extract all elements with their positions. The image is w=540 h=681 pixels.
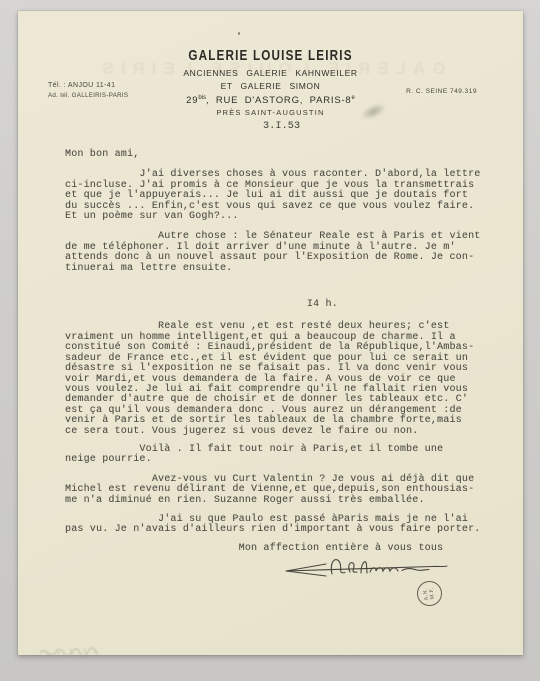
letter-paragraph-2: Autre chose : le Sénateur Reale est à Pa… [65, 232, 505, 274]
handwritten-signature [280, 554, 452, 584]
gallery-former-name-1: ANCIENNES GALERIE KAHNWEILER [18, 68, 523, 78]
letter-body: Mon bon ami, J'ai diverses choses à vous… [65, 150, 505, 554]
faint-pencil-inscription [37, 645, 103, 664]
archive-stamp: A.N.M.P. [417, 581, 442, 606]
trade-registry-number: R. C. SEINE 749.319 [406, 88, 477, 95]
letter-date: 3.I.53 [263, 122, 300, 132]
letter-page: GALERIE LOUISE LEIRIS GALERIE LOUISE LEI… [18, 11, 523, 655]
gallery-name: GALERIE LOUISE LEIRIS [74, 47, 468, 64]
contact-block: Tél. : ANJOU 11-41 Ad. tél. GALLEIRIS-PA… [48, 82, 128, 99]
phone-number: Tél. : ANJOU 11-41 [48, 82, 128, 89]
address-arrondissement-superscript: e [352, 95, 355, 101]
letter-paragraph-4: Voilà . Il fait tout noir à Paris,et il … [65, 445, 505, 466]
closing-line: Mon affection entière à vous tous [65, 544, 505, 554]
address-bis-superscript: bis [198, 95, 206, 101]
time-note: I4 h. [65, 300, 505, 310]
address-district: PRÈS SAINT-AUGUSTIN [18, 108, 523, 117]
address-number: 29 [186, 95, 198, 106]
telegram-address: Ad. tél. GALLEIRIS-PARIS [48, 92, 128, 99]
ink-speck [238, 32, 240, 35]
letter-paragraph-3: Reale est venu ,et est resté deux heures… [65, 322, 505, 436]
letter-paragraph-1: J'ai diverses choses à vous raconter. D'… [65, 170, 505, 222]
address-street: , RUE D'ASTORG, PARIS-8 [206, 95, 352, 106]
letter-paragraph-6: J'ai su que Paulo est passé àParis mais … [65, 515, 505, 536]
stamp-line-2: M.P. [429, 587, 436, 599]
salutation: Mon bon ami, [65, 150, 505, 160]
archive-stamp-text: A.N.M.P. [423, 587, 436, 601]
letter-paragraph-5: Avez-vous vu Curt Valentin ? Je vous ai … [65, 475, 505, 506]
